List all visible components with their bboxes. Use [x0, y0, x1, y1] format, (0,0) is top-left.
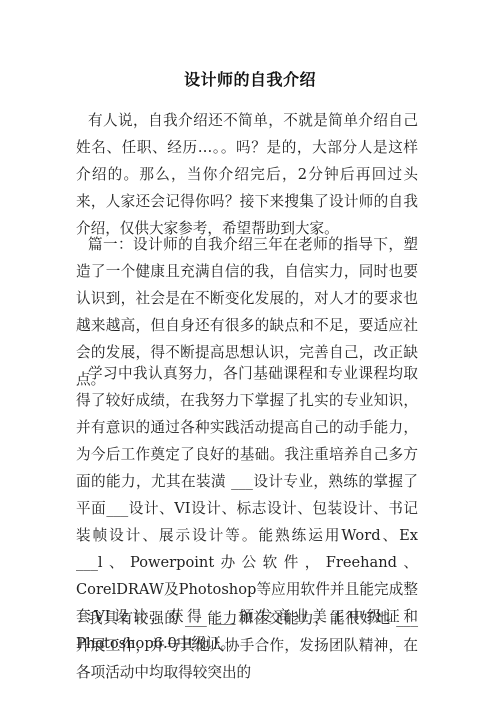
document-title: 设计师的自我介绍: [0, 67, 500, 90]
paragraph-abilities: 我具有较强的 ___能力和社交能力，能很好地 ___开展工作，并与其他人协手合作…: [76, 605, 418, 686]
document-page: 设计师的自我介绍 有人说，自我介绍还不简单，不就是简单介绍自己姓名、任职、经历……: [0, 0, 500, 708]
paragraph-intro: 有人说，自我介绍还不简单，不就是简单介绍自己姓名、任职、经历…。。吗？是的，大部…: [76, 107, 418, 242]
